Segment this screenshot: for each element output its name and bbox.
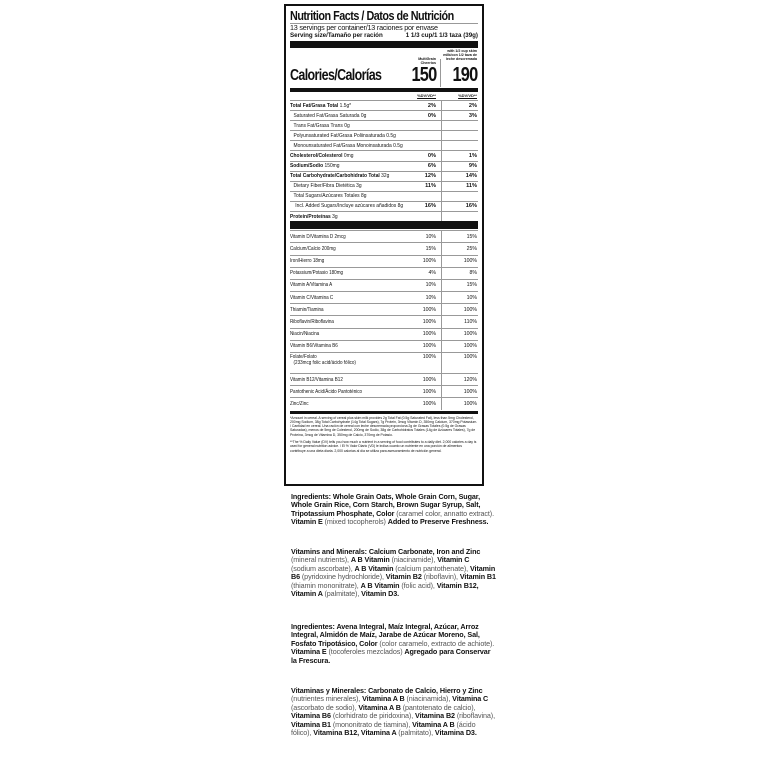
dv-header-cereal: %DV/VD** (417, 93, 436, 98)
dv-with-milk: 15% (447, 282, 477, 288)
nutrient-amount: 0g (359, 113, 366, 119)
ingredient-detail-text: (tocoferoles mezclados) (329, 647, 405, 656)
ingredient-detail-text: (folic acid), (401, 581, 436, 590)
vitamin-row: Thiamin/Tiamina100%100% (290, 303, 478, 315)
nutrient-amount: 0.5g (385, 133, 396, 139)
nutrient-name: Monounsaturated Fat/Grasa Monoinsaturada… (290, 143, 455, 149)
dv-cereal: 4% (406, 270, 436, 276)
dv-header-with-milk: %DV/VD** (458, 93, 477, 98)
dv-cereal: 100% (406, 389, 436, 395)
dv-with-milk: 11% (447, 183, 477, 189)
vitamin-row: Potassium/Potasio 180mg4%8% (290, 267, 478, 279)
ingredient-bold-text: Vitamin E (291, 517, 325, 526)
footnotes: *Amount in cereal. A serving of cereal p… (290, 411, 478, 453)
nutrient-row: Dietary Fiber/Fibra Dietética 3g11%11% (290, 181, 478, 191)
vitamin-row: Zinc/Zinc100%100% (290, 397, 478, 409)
ingredient-bold-text: Vitamin D3. (361, 589, 399, 598)
dv-with-milk: 3% (447, 113, 477, 119)
nutrient-row: Incl. Added Sugars/Incluye azúcares añad… (290, 201, 478, 211)
vitamin-amount: 2mcg (333, 234, 345, 240)
vitamin-row: Vitamin A/Vitamina A10%15% (290, 279, 478, 291)
dv-with-milk: 9% (447, 163, 477, 169)
ingredient-bold-text: Vitamina D3. (435, 728, 477, 737)
nutrient-amount: 8g (396, 203, 403, 209)
dv-with-milk: 110% (447, 319, 477, 325)
column-divider (440, 59, 441, 87)
nutrient-amount: 0g (343, 123, 350, 129)
dv-with-milk: 14% (447, 173, 477, 179)
dv-cereal: 10% (406, 295, 436, 301)
dv-cereal: 100% (406, 307, 436, 313)
dv-with-milk: 8% (447, 270, 477, 276)
dv-cereal: 12% (406, 173, 436, 179)
vitamin-row: Folate/Folato(233mcg folic acid/ácido fó… (290, 352, 478, 373)
nutrition-facts-label: Nutrition Facts / Datos de Nutrición 13 … (284, 4, 484, 486)
dv-cereal: 16% (406, 203, 436, 209)
dv-cereal: 10% (406, 234, 436, 240)
dv-with-milk: 100% (447, 389, 477, 395)
nutrient-row: Cholesterol/Colesterol 0mg0%1% (290, 150, 478, 160)
nutrient-row: Saturated Fat/Grasa Saturada 0g0%3% (290, 110, 478, 120)
dv-cereal: 6% (406, 163, 436, 169)
nutrient-amount: 8g (360, 193, 367, 199)
dv-with-milk: 120% (447, 377, 477, 383)
ingredient-detail-text: (palmitate), (324, 589, 361, 598)
dv-with-milk: 16% (447, 203, 477, 209)
nutrient-row: Total Carbohydrate/Carbohidrato Total 32… (290, 171, 478, 181)
ingredient-bold-text: Vitamina B12, Vitamina A (313, 728, 398, 737)
dv-cereal: 100% (406, 354, 436, 360)
nutrient-name: Protein/Proteínas 3g (290, 214, 455, 220)
dv-cereal: 11% (406, 183, 436, 189)
ingredient-detail-text: (palmitato), (398, 728, 435, 737)
ingredient-bold-text: Added to Preserve Freshness. (388, 517, 489, 526)
nutrient-row: Sodium/Sodio 150mg6%9% (290, 161, 478, 171)
vitamin-amount: 180mg (328, 270, 343, 276)
vitamins-minerals-english: Vitamins and Minerals: Calcium Carbonate… (291, 548, 496, 598)
dv-cereal: 2% (406, 103, 436, 109)
dv-with-milk: 1% (447, 153, 477, 159)
daily-value-header: %DV/VD** %DV/VD** (290, 92, 478, 100)
dv-cereal: 100% (406, 331, 436, 337)
dv-cereal: 100% (406, 343, 436, 349)
dv-cereal: 100% (406, 377, 436, 383)
nutrient-amount: 32g (380, 173, 390, 179)
vitamin-row: Pantothenic Acid/Ácido Pantoténico100%10… (290, 385, 478, 397)
calories-label: Calories/Calorías (290, 67, 381, 85)
dv-cereal: 0% (406, 153, 436, 159)
nutrient-row: Total Sugars/Azúcares Totales 8g (290, 191, 478, 201)
dv-cereal: 0% (406, 113, 436, 119)
vitamin-table: Vitamin D/Vitamina D 2mcg10%15%Calcium/C… (290, 230, 478, 409)
serving-size: Serving size/Tamaño per ración 1 1/3 cup… (290, 32, 478, 40)
vitamin-row: Riboflavin/Riboflavina100%110% (290, 315, 478, 327)
nutrient-row: Trans Fat/Grasa Trans 0g (290, 120, 478, 130)
nutrient-name: Polyunsaturated Fat/Grasa Poliinsaturada… (290, 133, 455, 139)
nutrient-amount: 150mg (323, 163, 339, 169)
serving-size-value: 1 1/3 cup/1 1/3 taza (39g) (406, 32, 478, 40)
dv-with-milk: 100% (447, 401, 477, 407)
dv-with-milk: 10% (447, 295, 477, 301)
dv-with-milk: 100% (447, 343, 477, 349)
dv-with-milk: 15% (447, 234, 477, 240)
footnote-daily-value: **The % Daily Value (DV) tells you how m… (290, 440, 478, 453)
dv-with-milk: 100% (447, 331, 477, 337)
dv-with-milk: 2% (447, 103, 477, 109)
vitamin-row: Calcium/Calcio 200mg15%25% (290, 242, 478, 254)
nutrient-table: Total Fat/Grasa Total 1.5g*2%2%Saturated… (290, 100, 478, 221)
dv-cereal: 15% (406, 246, 436, 252)
serving-size-label: Serving size/Tamaño per ración (290, 32, 383, 40)
vitamin-amount: 18mg (312, 258, 325, 264)
label-title: Nutrition Facts / Datos de Nutrición (290, 8, 444, 23)
vitamin-row: Vitamin B12/Vitamina B12100%120% (290, 373, 478, 385)
calories-with-milk: 190 (452, 64, 477, 87)
column-header-with-milk: with 1/2 cup skim milk/con 1/2 taza de l… (443, 49, 477, 62)
vitamin-row: Vitamin B6/Vitamina B6100%100% (290, 340, 478, 352)
nutrient-row: Polyunsaturated Fat/Grasa Poliinsaturada… (290, 130, 478, 140)
nutrient-name: Total Sugars/Azúcares Totales 8g (290, 193, 455, 199)
vitamin-row: Vitamin C/Vitamina C10%10% (290, 291, 478, 303)
dv-with-milk: 100% (447, 258, 477, 264)
vitamin-amount: (233mcg folic acid/ácido fólico) (290, 360, 356, 366)
calories-cereal: 150 (411, 64, 436, 87)
nutrient-amount: 3g (331, 214, 338, 220)
vitamin-row: Niacin/Niacina100%100% (290, 328, 478, 340)
calories-row: Calories/Calorías MultiGrain Cheerios wi… (290, 49, 478, 87)
ingredient-detail-text: (mixed tocopherols) (325, 517, 388, 526)
vitamin-amount: 200mg (320, 246, 335, 252)
nutrient-amount: 0.5g (392, 143, 403, 149)
vitamin-row: Iron/Hierro 18mg100%100% (290, 255, 478, 267)
thick-divider (290, 41, 478, 48)
nutrient-row: Total Fat/Grasa Total 1.5g*2%2% (290, 100, 478, 110)
dv-cereal: 100% (406, 401, 436, 407)
nutrient-row: Protein/Proteínas 3g (290, 211, 478, 221)
dv-cereal: 10% (406, 282, 436, 288)
dv-with-milk: 100% (447, 307, 477, 313)
nutrient-amount: 3g (355, 183, 362, 189)
footnote-amount: *Amount in cereal. A serving of cereal p… (290, 416, 478, 437)
nutrient-name: Trans Fat/Grasa Trans 0g (290, 123, 455, 129)
dv-with-milk: 100% (447, 354, 477, 360)
dv-with-milk: 25% (447, 246, 477, 252)
ingredients-spanish: Ingredientes: Avena Integral, Maíz Integ… (291, 623, 496, 665)
vitamins-minerals-spanish: Vitaminas y Minerales: Carbonato de Calc… (291, 687, 496, 737)
nutrient-amount: 0mg (343, 153, 354, 159)
nutrient-amount: 1.5g* (338, 103, 351, 109)
vitamin-row: Vitamin D/Vitamina D 2mcg10%15% (290, 230, 478, 242)
dv-cereal: 100% (406, 258, 436, 264)
ingredients-english: Ingredients: Whole Grain Oats, Whole Gra… (291, 493, 496, 527)
nutrient-row: Monounsaturated Fat/Grasa Monoinsaturada… (290, 140, 478, 150)
thick-divider (290, 221, 478, 229)
dv-cereal: 100% (406, 319, 436, 325)
servings-per-container: 13 servings per container/13 raciones po… (290, 23, 478, 32)
